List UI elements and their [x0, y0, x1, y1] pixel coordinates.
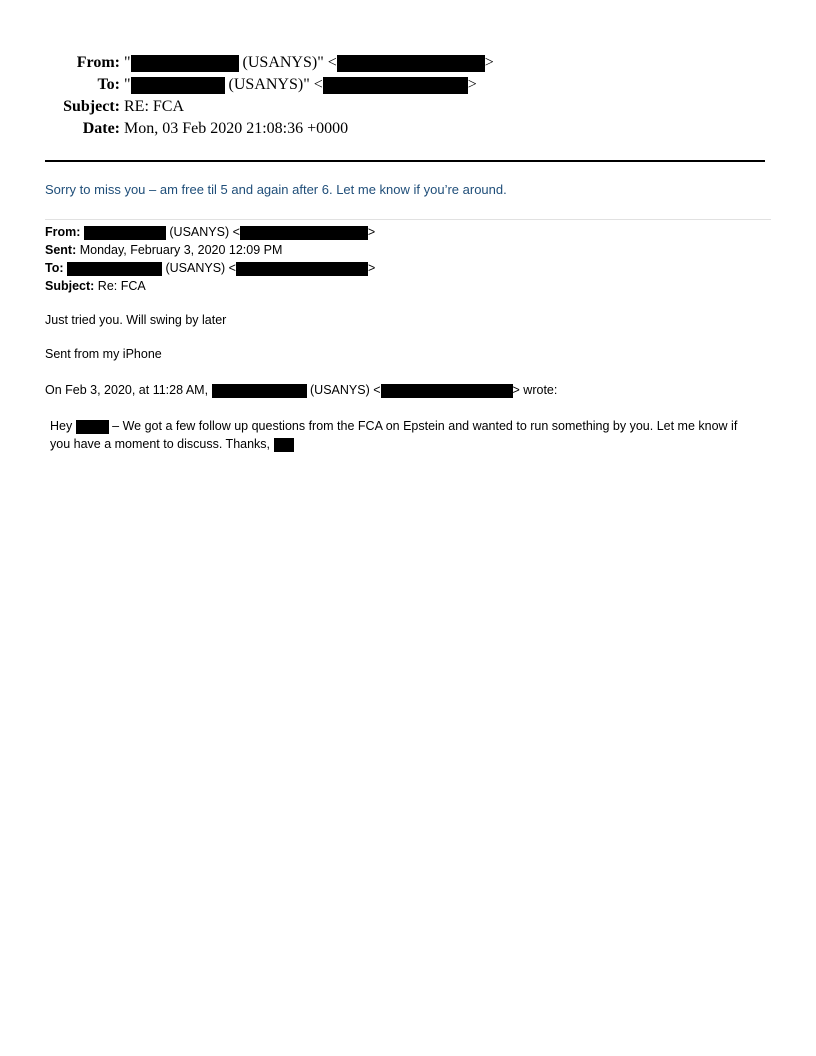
reply-message: Sorry to miss you – am free til 5 and ag…	[45, 182, 507, 197]
header-to: To: " (USANYS)" <>	[0, 75, 477, 95]
prev-from: From: (USANYS) <>	[45, 223, 375, 241]
quoted-message: Hey – We got a few follow up questions f…	[50, 417, 750, 453]
header-subject: Subject: RE: FCA	[0, 97, 184, 117]
subject-value: RE: FCA	[124, 98, 184, 115]
redacted-email	[381, 384, 513, 398]
date-label: Date:	[0, 119, 120, 139]
to-label: To:	[0, 75, 120, 95]
date-value: Mon, 03 Feb 2020 21:08:36 +0000	[124, 120, 348, 137]
redacted-name	[67, 262, 162, 276]
header-divider	[45, 160, 765, 162]
signature: Sent from my iPhone	[45, 347, 162, 361]
redacted-name	[84, 226, 166, 240]
redacted-email	[240, 226, 368, 240]
header-date: Date: Mon, 03 Feb 2020 21:08:36 +0000	[0, 119, 348, 139]
redacted-sender-email	[337, 55, 485, 72]
redacted-recipient-name	[131, 77, 225, 94]
quote-intro: On Feb 3, 2020, at 11:28 AM, (USANYS) <>…	[45, 383, 557, 398]
prev-to: To: (USANYS) <>	[45, 259, 375, 277]
redacted-name	[274, 438, 294, 452]
redacted-sender-name	[131, 55, 239, 72]
message-separator	[45, 219, 771, 220]
redacted-recipient-email	[323, 77, 468, 94]
prev-sent: Sent: Monday, February 3, 2020 12:09 PM	[45, 241, 282, 259]
body-line: Just tried you. Will swing by later	[45, 313, 226, 327]
redacted-name	[76, 420, 109, 434]
subject-label: Subject:	[0, 97, 120, 117]
header-from: From: " (USANYS)" <>	[0, 53, 494, 73]
from-label: From:	[0, 53, 120, 73]
redacted-name	[212, 384, 307, 398]
redacted-email	[236, 262, 368, 276]
prev-subject: Subject: Re: FCA	[45, 277, 146, 295]
